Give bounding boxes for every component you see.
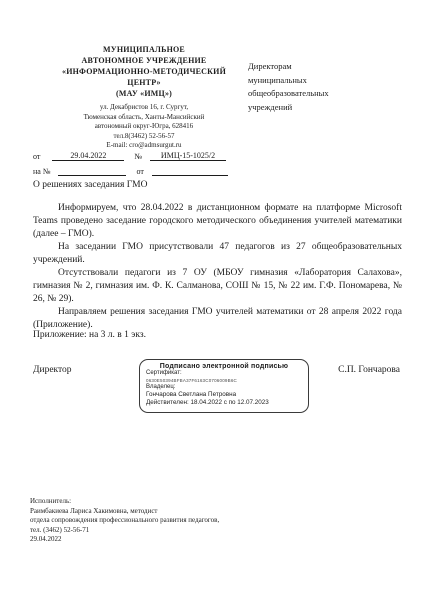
sender-phone-line: тел.8(3462) 52-56-57 bbox=[36, 132, 252, 142]
org-name-line: АВТОНОМНОЕ УЧРЕЖДЕНИЕ bbox=[36, 55, 252, 66]
subject-line: О решениях заседания ГМО bbox=[33, 180, 147, 190]
executor-date: 29.04.2022 bbox=[30, 535, 290, 545]
ref-from-label: от bbox=[33, 152, 40, 161]
body-paragraph: Информируем, что 28.04.2022 в дистанцион… bbox=[33, 202, 402, 241]
executor-label: Исполнитель: bbox=[30, 497, 290, 507]
org-name-line: ЦЕНТР» bbox=[36, 77, 252, 88]
ref-date-value: 29.04.2022 bbox=[52, 151, 124, 161]
executor-block: Исполнитель: Раимбакиева Лариса Хакимовн… bbox=[30, 497, 290, 545]
letter-page: МУНИЦИПАЛЬНОЕ АВТОНОМНОЕ УЧРЕЖДЕНИЕ «ИНФ… bbox=[0, 0, 424, 600]
attachment-note: Приложение: на 3 л. в 1 экз. bbox=[33, 330, 146, 340]
recipient-block: Директорам муниципальных общеобразовател… bbox=[248, 60, 378, 114]
body-paragraph: Отсутствовали педагоги из 7 ОУ (МБОУ гим… bbox=[33, 267, 402, 306]
incoming-ref-row: на № от bbox=[33, 163, 233, 176]
ref-number-label: № bbox=[134, 152, 142, 161]
sender-address: ул. Декабристов 16, г. Сургут, Тюменская… bbox=[36, 103, 252, 151]
sender-address-line: ул. Декабристов 16, г. Сургут, bbox=[36, 103, 252, 113]
certificate-label: Сертификат: bbox=[146, 370, 302, 378]
org-name-line: «ИНФОРМАЦИОННО-МЕТОДИЧЕСКИЙ bbox=[36, 66, 252, 77]
registration-block: от 29.04.2022 № ИМЦ-15-1025/2 на № от bbox=[33, 148, 233, 178]
body-paragraph: На заседании ГМО присутствовали 47 педаг… bbox=[33, 241, 402, 267]
recipient-line: общеобразовательных bbox=[248, 87, 378, 101]
executor-name: Раимбакиева Лариса Хакимовна, методист bbox=[30, 507, 290, 517]
ref-reply-number-blank bbox=[58, 175, 126, 176]
owner-value: Гончарова Светлана Петровна bbox=[146, 391, 302, 399]
recipient-line: учреждений bbox=[248, 101, 378, 115]
letter-body: Информируем, что 28.04.2022 в дистанцион… bbox=[33, 202, 402, 332]
sender-letterhead: МУНИЦИПАЛЬНОЕ АВТОНОМНОЕ УЧРЕЖДЕНИЕ «ИНФ… bbox=[36, 44, 252, 151]
ref-reply-label: на № bbox=[33, 167, 50, 176]
org-name-line: (МАУ «ИМЦ») bbox=[36, 88, 252, 99]
ref-reply-date-blank bbox=[152, 175, 228, 176]
signer-position: Директор bbox=[33, 365, 72, 375]
electronic-signature-stamp: Подписано электронной подписью Сертифика… bbox=[139, 359, 309, 413]
recipient-line: Директорам bbox=[248, 60, 378, 74]
owner-label: Владелец: bbox=[146, 384, 302, 392]
sender-address-line: Тюменская область, Ханты-Мансийский bbox=[36, 113, 252, 123]
validity-text: Действителен: 18.04.2022 с по 12.07.2023 bbox=[146, 399, 302, 407]
org-name-line: МУНИЦИПАЛЬНОЕ bbox=[36, 44, 252, 55]
ref-reply-from-label: от bbox=[136, 167, 143, 176]
sender-address-line: автономный округ-Югра, 628416 bbox=[36, 122, 252, 132]
body-paragraph: Направляем решения заседания ГМО учителе… bbox=[33, 306, 402, 332]
executor-phone: тел. (3462) 52-56-71 bbox=[30, 526, 290, 536]
signer-name: С.П. Гончарова bbox=[338, 365, 400, 375]
recipient-line: муниципальных bbox=[248, 74, 378, 88]
outgoing-ref-row: от 29.04.2022 № ИМЦ-15-1025/2 bbox=[33, 148, 233, 161]
executor-department: отдела сопровождения профессионального р… bbox=[30, 516, 290, 526]
ref-number-value: ИМЦ-15-1025/2 bbox=[150, 151, 226, 161]
stamp-title: Подписано электронной подписью bbox=[146, 363, 302, 370]
